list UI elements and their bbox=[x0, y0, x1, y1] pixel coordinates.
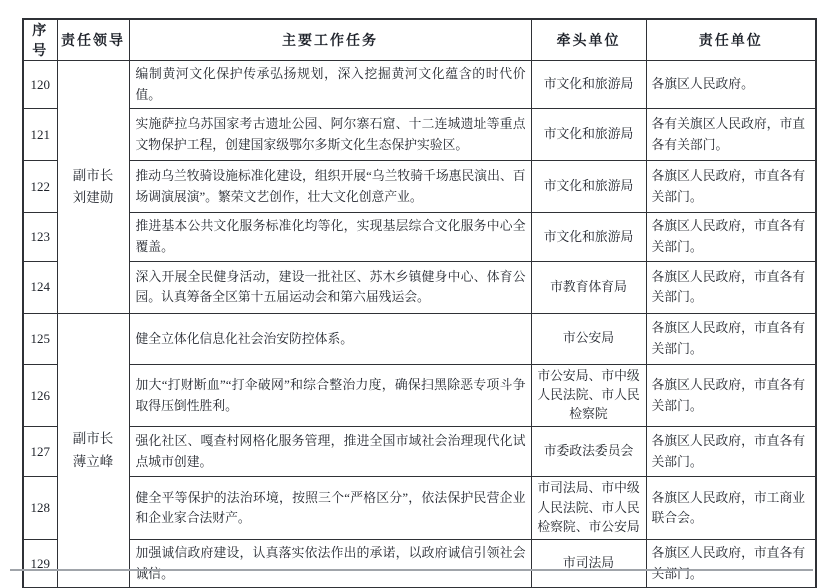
lead-unit-cell: 市文化和旅游局 bbox=[531, 61, 646, 109]
table-row: 127 强化社区、嘎查村网格化服务管理，推进全国市域社会治理现代化试点城市创建。… bbox=[23, 427, 816, 477]
header-responsible-leader: 责任领导 bbox=[57, 19, 129, 61]
table-row: 121 实施萨拉乌苏国家考古遗址公园、阿尔寨石窟、十二连城遗址等重点文物保护工程… bbox=[23, 109, 816, 161]
row-number: 124 bbox=[23, 261, 57, 313]
responsible-unit-cell: 各旗区人民政府，市直各有关部门。 bbox=[646, 540, 816, 588]
lead-unit-cell: 市公安局、市中级人民法院、市人民检察院 bbox=[531, 364, 646, 427]
row-number: 121 bbox=[23, 109, 57, 161]
leader-title: 副市长 bbox=[60, 428, 127, 450]
header-lead-unit: 牵头单位 bbox=[531, 19, 646, 61]
row-number: 123 bbox=[23, 213, 57, 261]
responsible-unit-cell: 各有关旗区人民政府，市直各有关部门。 bbox=[646, 109, 816, 161]
page-bottom-rule bbox=[10, 569, 813, 571]
task-cell: 深入开展全民健身活动，建设一批社区、苏木乡镇健身中心、体育公园。认真筹备全区第十… bbox=[129, 261, 531, 313]
task-cell: 健全立体化信息化社会治安防控体系。 bbox=[129, 313, 531, 364]
header-serial-number: 序号 bbox=[23, 19, 57, 61]
table-row: 123 推进基本公共文化服务标准化均等化，实现基层综合文化服务中心全覆盖。 市文… bbox=[23, 213, 816, 261]
row-number: 125 bbox=[23, 313, 57, 364]
lead-unit-cell: 市文化和旅游局 bbox=[531, 161, 646, 213]
row-number: 128 bbox=[23, 477, 57, 540]
table-row: 128 健全平等保护的法治环境，按照三个“严格区分”，依法保护民营企业和企业家合… bbox=[23, 477, 816, 540]
responsible-unit-cell: 各旗区人民政府，市直各有关部门。 bbox=[646, 261, 816, 313]
row-number: 120 bbox=[23, 61, 57, 109]
responsible-unit-cell: 各旗区人民政府，市直各有关部门。 bbox=[646, 161, 816, 213]
lead-unit-cell: 市司法局 bbox=[531, 540, 646, 588]
header-responsible-unit: 责任单位 bbox=[646, 19, 816, 61]
header-main-task: 主要工作任务 bbox=[129, 19, 531, 61]
task-cell: 实施萨拉乌苏国家考古遗址公园、阿尔寨石窟、十二连城遗址等重点文物保护工程，创建国… bbox=[129, 109, 531, 161]
table-row: 122 推动乌兰牧骑设施标准化建设，组织开展“乌兰牧骑千场惠民演出、百场调演展演… bbox=[23, 161, 816, 213]
table-row: 125 副市长 薄立峰 健全立体化信息化社会治安防控体系。 市公安局 各旗区人民… bbox=[23, 313, 816, 364]
lead-unit-cell: 市文化和旅游局 bbox=[531, 213, 646, 261]
lead-unit-cell: 市公安局 bbox=[531, 313, 646, 364]
table-row: 126 加大“打财断血”“打伞破网”和综合整治力度，确保扫黑除恶专项斗争取得压倒… bbox=[23, 364, 816, 427]
lead-unit-cell: 市委政法委员会 bbox=[531, 427, 646, 477]
task-cell: 健全平等保护的法治环境，按照三个“严格区分”，依法保护民营企业和企业家合法财产。 bbox=[129, 477, 531, 540]
row-number: 126 bbox=[23, 364, 57, 427]
lead-unit-cell: 市文化和旅游局 bbox=[531, 109, 646, 161]
task-cell: 加大“打财断血”“打伞破网”和综合整治力度，确保扫黑除恶专项斗争取得压倒性胜利。 bbox=[129, 364, 531, 427]
task-cell: 推动乌兰牧骑设施标准化建设，组织开展“乌兰牧骑千场惠民演出、百场调演展演”。繁荣… bbox=[129, 161, 531, 213]
row-number: 129 bbox=[23, 540, 57, 588]
table-row: 120 副市长 刘建勋 编制黄河文化保护传承弘扬规划，深入挖掘黄河文化蕴含的时代… bbox=[23, 61, 816, 109]
lead-unit-cell: 市教育体育局 bbox=[531, 261, 646, 313]
table-header-row: 序号 责任领导 主要工作任务 牵头单位 责任单位 bbox=[23, 19, 816, 61]
responsible-unit-cell: 各旗区人民政府，市直各有关部门。 bbox=[646, 313, 816, 364]
leader-cell: 副市长 薄立峰 bbox=[57, 313, 129, 588]
task-cell: 强化社区、嘎查村网格化服务管理，推进全国市域社会治理现代化试点城市创建。 bbox=[129, 427, 531, 477]
responsible-unit-cell: 各旗区人民政府，市直各有关部门。 bbox=[646, 427, 816, 477]
leader-cell: 副市长 刘建勋 bbox=[57, 61, 129, 314]
responsible-unit-cell: 各旗区人民政府，市工商业联合会。 bbox=[646, 477, 816, 540]
lead-unit-cell: 市司法局、市中级人民法院、市人民检察院、市公安局 bbox=[531, 477, 646, 540]
leader-name: 刘建勋 bbox=[60, 187, 127, 209]
leader-title: 副市长 bbox=[60, 165, 127, 187]
row-number: 122 bbox=[23, 161, 57, 213]
task-cell: 编制黄河文化保护传承弘扬规划，深入挖掘黄河文化蕴含的时代价值。 bbox=[129, 61, 531, 109]
row-number: 127 bbox=[23, 427, 57, 477]
responsible-unit-cell: 各旗区人民政府。 bbox=[646, 61, 816, 109]
responsible-unit-cell: 各旗区人民政府，市直各有关部门。 bbox=[646, 213, 816, 261]
leader-name: 薄立峰 bbox=[60, 451, 127, 473]
responsibility-task-table: 序号 责任领导 主要工作任务 牵头单位 责任单位 120 副市长 刘建勋 编制黄… bbox=[22, 18, 817, 588]
table-row: 129 加强诚信政府建设，认真落实依法作出的承诺，以政府诚信引领社会诚信。 市司… bbox=[23, 540, 816, 588]
responsible-unit-cell: 各旗区人民政府，市直各有关部门。 bbox=[646, 364, 816, 427]
document-page: 序号 责任领导 主要工作任务 牵头单位 责任单位 120 副市长 刘建勋 编制黄… bbox=[0, 0, 823, 588]
table-row: 124 深入开展全民健身活动，建设一批社区、苏木乡镇健身中心、体育公园。认真筹备… bbox=[23, 261, 816, 313]
task-cell: 推进基本公共文化服务标准化均等化，实现基层综合文化服务中心全覆盖。 bbox=[129, 213, 531, 261]
task-cell: 加强诚信政府建设，认真落实依法作出的承诺，以政府诚信引领社会诚信。 bbox=[129, 540, 531, 588]
